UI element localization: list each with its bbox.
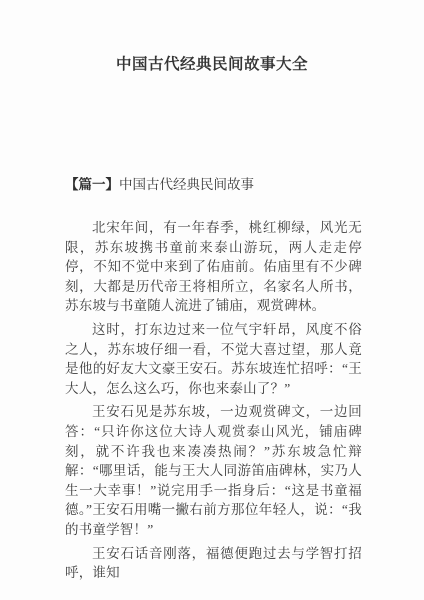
section-heading-text: 中国古代经典民间故事 <box>119 177 254 192</box>
paragraph: 北宋年间，有一年春季，桃红柳绿，风光无限，苏东坡携书童前来泰山游玩，两人走走停停… <box>65 218 362 316</box>
document-body: 【篇一】中国古代经典民间故事 北宋年间，有一年春季，桃红柳绿，风光无限，苏东坡携… <box>65 176 362 587</box>
document-page: 中国古代经典民间故事大全 【篇一】中国古代经典民间故事 北宋年间，有一年春季，桃… <box>0 0 424 600</box>
section-heading: 【篇一】中国古代经典民间故事 <box>65 176 362 194</box>
section-heading-prefix: 【篇一】 <box>65 177 119 192</box>
paragraph: 王安石话音刚落，福德便跑过去与学智打招呼，谁知 <box>65 544 362 583</box>
paragraph: 这时，打东边过来一位气宇轩昂，风度不俗之人，苏东坡仔细一看，不觉大喜过望，那人竟… <box>65 320 362 398</box>
paragraph: 王安石见是苏东坡，一边观赏碑文，一边回答：“只许你这位大诗人观赏泰山风光，铺庙碑… <box>65 402 362 539</box>
document-title: 中国古代经典民间故事大全 <box>0 52 424 74</box>
story-paragraphs: 北宋年间，有一年春季，桃红柳绿，风光无限，苏东坡携书童前来泰山游玩，两人走走停停… <box>65 218 362 583</box>
